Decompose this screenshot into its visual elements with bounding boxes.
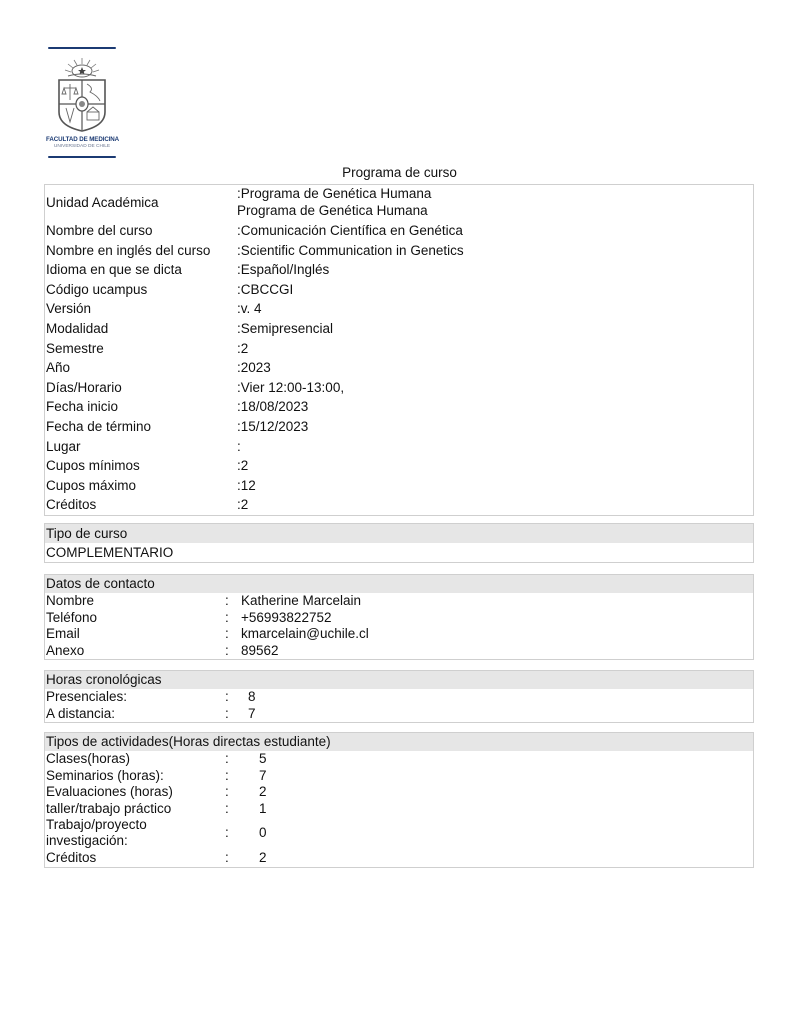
contact-value: Katherine Marcelain	[241, 593, 361, 610]
info-value: :Programa de Genética Humana Programa de…	[237, 185, 431, 219]
activity-label: taller/trabajo práctico	[46, 801, 171, 818]
info-value: :Scientific Communication in Genetics	[237, 241, 464, 261]
document-title: Programa de curso	[44, 165, 755, 180]
separator: :	[225, 610, 229, 627]
activity-row-evaluaciones: Evaluaciones (horas):2	[45, 784, 753, 801]
info-label: Año	[46, 358, 70, 378]
info-value: :	[237, 437, 241, 457]
activity-value: 2	[259, 784, 267, 801]
info-label: Unidad Académica	[46, 193, 159, 213]
contact-row-anexo: Anexo:89562	[45, 643, 753, 660]
info-row-nombre-ingles: Nombre en inglés del curso:Scientific Co…	[45, 241, 753, 261]
info-label: Nombre en inglés del curso	[46, 241, 210, 261]
contact-value: 89562	[241, 643, 279, 660]
section-header: Tipos de actividades(Horas directas estu…	[45, 733, 753, 751]
section-header: Horas cronológicas	[45, 671, 753, 689]
info-row-version: Versión:v. 4	[45, 299, 753, 319]
activity-row-taller: taller/trabajo práctico:1	[45, 801, 753, 818]
contact-row-nombre: Nombre:Katherine Marcelain	[45, 593, 753, 610]
activity-value: 5	[259, 751, 267, 768]
contact-label: Nombre	[46, 593, 94, 610]
info-row-unidad-academica: Unidad Académica :Programa de Genética H…	[45, 185, 753, 221]
activity-label: Trabajo/proyecto investigación:	[46, 817, 196, 849]
info-row-dias-horario: Días/Horario:Vier 12:00-13:00,	[45, 378, 753, 398]
info-value: :2	[237, 339, 248, 359]
info-value: :Comunicación Científica en Genética	[237, 221, 463, 241]
activity-row-clases: Clases(horas):5	[45, 751, 753, 768]
info-value: :2023	[237, 358, 271, 378]
activity-row-creditos: Créditos:2	[45, 850, 753, 867]
course-type-section: Tipo de curso COMPLEMENTARIO	[44, 523, 754, 563]
logo-faculty-name: FACULTAD DE MEDICINA	[46, 136, 118, 143]
contact-label: Anexo	[46, 643, 84, 660]
info-row-fecha-termino: Fecha de término:15/12/2023	[45, 417, 753, 437]
info-label: Nombre del curso	[46, 221, 153, 241]
hours-row-distancia: A distancia::7	[45, 706, 753, 723]
hours-row-presenciales: Presenciales::8	[45, 689, 753, 706]
info-value: :12	[237, 476, 256, 496]
activities-section: Tipos de actividades(Horas directas estu…	[44, 732, 754, 868]
hours-label: A distancia:	[46, 706, 115, 723]
info-label: Código ucampus	[46, 280, 147, 300]
info-label: Modalidad	[46, 319, 108, 339]
activity-label: Seminarios (horas):	[46, 768, 164, 785]
info-label: Lugar	[46, 437, 81, 457]
info-row-cupos-maximo: Cupos máximo:12	[45, 476, 753, 496]
info-row-cupos-minimos: Cupos mínimos:2	[45, 456, 753, 476]
info-value: :Español/Inglés	[237, 260, 329, 280]
activity-row-seminarios: Seminarios (horas)::7	[45, 768, 753, 785]
info-value: :Semipresencial	[237, 319, 333, 339]
contact-row-telefono: Teléfono:+56993822752	[45, 610, 753, 627]
logo-university-name: UNIVERSIDAD DE CHILE	[46, 144, 118, 149]
course-info-table: Unidad Académica :Programa de Genética H…	[44, 184, 754, 516]
info-label: Créditos	[46, 495, 96, 515]
contact-section: Datos de contacto Nombre:Katherine Marce…	[44, 574, 754, 660]
faculty-logo: FACULTAD DE MEDICINA UNIVERSIDAD DE CHIL…	[46, 46, 118, 160]
section-header: Datos de contacto	[45, 575, 753, 593]
activity-label: Evaluaciones (horas)	[46, 784, 173, 801]
info-value: :Vier 12:00-13:00,	[237, 378, 344, 398]
course-type-value: COMPLEMENTARIO	[45, 543, 753, 562]
separator: :	[225, 850, 229, 867]
separator: :	[225, 784, 229, 801]
info-value: :v. 4	[237, 299, 262, 319]
separator: :	[225, 626, 229, 643]
info-value: :2	[237, 456, 248, 476]
section-header: Tipo de curso	[45, 524, 753, 543]
info-row-creditos: Créditos:2	[45, 495, 753, 515]
info-row-fecha-inicio: Fecha inicio:18/08/2023	[45, 397, 753, 417]
contact-label: Teléfono	[46, 610, 97, 627]
info-label: Fecha de término	[46, 417, 151, 437]
info-label: Idioma en que se dicta	[46, 260, 182, 280]
activity-value: 1	[259, 801, 267, 818]
contact-label: Email	[46, 626, 80, 643]
info-value-line2: Programa de Genética Humana	[237, 203, 428, 218]
hours-section: Horas cronológicas Presenciales::8 A dis…	[44, 670, 754, 723]
info-label: Días/Horario	[46, 378, 122, 398]
info-value: :18/08/2023	[237, 397, 308, 417]
separator: :	[225, 689, 229, 706]
info-row-codigo: Código ucampus:CBCCGI	[45, 280, 753, 300]
info-label: Cupos máximo	[46, 476, 136, 496]
info-row-semestre: Semestre:2	[45, 339, 753, 359]
info-label: Fecha inicio	[46, 397, 118, 417]
activity-value: 2	[259, 850, 267, 867]
separator: :	[225, 643, 229, 660]
separator: :	[225, 768, 229, 785]
info-row-modalidad: Modalidad:Semipresencial	[45, 319, 753, 339]
hours-label: Presenciales:	[46, 689, 127, 706]
info-row-ano: Año:2023	[45, 358, 753, 378]
separator: :	[225, 706, 229, 723]
separator: :	[225, 593, 229, 610]
contact-value: +56993822752	[241, 610, 331, 627]
activity-value: 0	[259, 825, 267, 842]
logo-top-rule	[48, 47, 116, 49]
hours-value: 7	[248, 706, 256, 723]
university-crest-icon	[54, 54, 110, 132]
info-row-nombre-curso: Nombre del curso:Comunicación Científica…	[45, 221, 753, 241]
info-value-line1: :Programa de Genética Humana	[237, 186, 431, 201]
info-label: Semestre	[46, 339, 104, 359]
contact-row-email: Email:kmarcelain@uchile.cl	[45, 626, 753, 643]
separator: :	[225, 801, 229, 818]
activity-label: Créditos	[46, 850, 96, 867]
info-row-idioma: Idioma en que se dicta:Español/Inglés	[45, 260, 753, 280]
info-row-lugar: Lugar:	[45, 437, 753, 457]
logo-bottom-rule	[48, 156, 116, 158]
info-label: Versión	[46, 299, 91, 319]
separator: :	[225, 751, 229, 768]
hours-value: 8	[248, 689, 256, 706]
info-value: :2	[237, 495, 248, 515]
separator: :	[225, 825, 229, 842]
info-label: Cupos mínimos	[46, 456, 140, 476]
info-value: :CBCCGI	[237, 280, 293, 300]
activity-row-trabajo-proyecto: Trabajo/proyecto investigación::0	[45, 817, 753, 850]
activity-label: Clases(horas)	[46, 751, 130, 768]
info-value: :15/12/2023	[237, 417, 308, 437]
activity-value: 7	[259, 768, 267, 785]
contact-email: kmarcelain@uchile.cl	[241, 626, 369, 643]
